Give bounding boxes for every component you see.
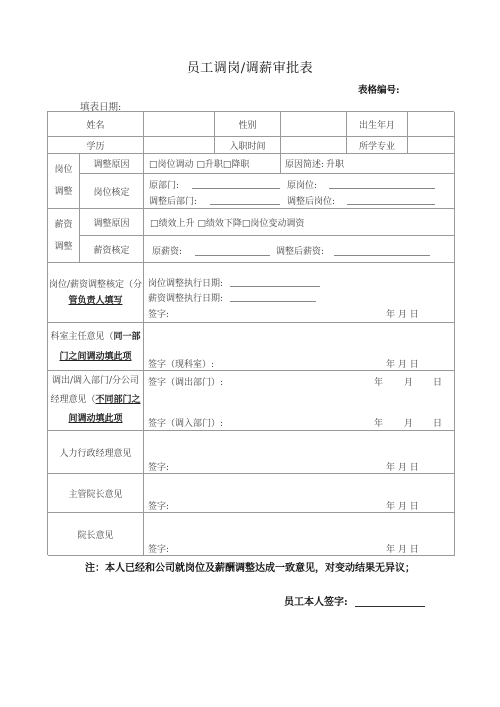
vp-label-cell: 主管院长意见 — [48, 474, 144, 513]
new-dept-label: 调整后部门: — [149, 194, 197, 207]
dept-manager-label-3: 间调动填此项 — [68, 410, 122, 429]
position-reason-desc-cell[interactable]: 原因简述: 升职 — [281, 154, 455, 174]
president-sign-label[interactable]: 签字: — [148, 542, 169, 555]
vp-cell[interactable]: 签字: 年 月 日 — [144, 474, 455, 513]
sign-out-year: 年 — [374, 375, 383, 388]
orig-dept-field[interactable] — [192, 188, 280, 189]
exec-verify-cell: 岗位调整执行日期: 薪资调整执行日期: 签字: 年 月 日 — [144, 263, 455, 323]
salary-reason-checkboxes[interactable]: □绩效上升 □绩效下降□岗位变动调资 — [150, 216, 304, 229]
birth-label-cell: 出生年月 — [347, 112, 408, 137]
reason-desc-value[interactable]: 升职 — [326, 157, 344, 170]
major-label-cell: 所学专业 — [347, 137, 408, 154]
salary-verify-cell: 原薪资: 调整后薪资: — [144, 236, 455, 263]
education-label-cell: 学历 — [48, 137, 144, 154]
sign-out-month: 月 — [404, 375, 413, 388]
hr-label: 人力行政经理意见 — [59, 446, 131, 459]
position-verify-label: 岗位核定 — [93, 185, 129, 198]
position-adjust-section-label: 岗位 调整 — [48, 154, 80, 209]
sign-in-day: 日 — [433, 416, 442, 429]
salary-verify-label: 薪资核定 — [93, 243, 129, 256]
name-label-cell: 姓名 — [48, 112, 144, 137]
hr-label-cell: 人力行政经理意见 — [48, 431, 144, 474]
position-label-2: 调整 — [54, 181, 72, 203]
salary-exec-date-label: 薪资调整执行日期: — [148, 291, 223, 304]
position-reason-label-cell: 调整原因 — [80, 154, 144, 174]
hr-cell[interactable]: 签字: 年 月 日 — [144, 431, 455, 474]
salary-label-1: 薪资 — [54, 214, 72, 236]
sign-in-year: 年 — [374, 416, 383, 429]
orig-dept-label: 原部门: — [149, 178, 179, 191]
sign-out-day: 日 — [433, 375, 442, 388]
new-dept-field[interactable] — [210, 204, 280, 205]
exec-verify-label-cell: 岗位/薪资调整核定（分 管负责人填写 — [48, 263, 144, 323]
employee-sign-label: 员工本人签字: — [284, 593, 348, 608]
position-reason-label: 调整原因 — [93, 157, 129, 170]
post-exec-date-field[interactable] — [230, 286, 320, 287]
new-post-label: 调整后岗位: — [287, 194, 335, 207]
president-label-cell: 院长意见 — [48, 513, 144, 556]
reason-desc-label: 原因简述: — [285, 157, 324, 170]
agreement-note: 注：本人已经和公司就岗位及薪酬调整达成一致意见，对变动结果无异议； — [0, 559, 500, 574]
section-head-sign-label[interactable]: 签字（现科室）: — [148, 357, 214, 370]
exec-verify-label-1: 岗位/薪资调整核定（分 — [49, 277, 142, 293]
name-label: 姓名 — [86, 118, 104, 131]
section-head-date-label: 年 月 日 — [386, 357, 419, 370]
dept-manager-label-bold: 不同部门之 — [96, 395, 141, 405]
vp-label: 主管院长意见 — [68, 487, 122, 500]
salary-reason-options[interactable]: □绩效上升 □绩效下降□岗位变动调资 — [144, 209, 455, 236]
birth-label: 出生年月 — [359, 118, 395, 131]
section-head-cell[interactable]: 签字（现科室）: 年 月 日 — [144, 323, 455, 371]
verify-sign-label[interactable]: 签字: — [148, 307, 169, 320]
gender-field[interactable] — [281, 112, 347, 137]
president-cell[interactable]: 签字: 年 月 日 — [144, 513, 455, 556]
major-label: 所学专业 — [359, 139, 395, 152]
education-label: 学历 — [86, 139, 104, 152]
salary-adjust-section-label: 薪资 调整 — [48, 209, 80, 263]
hire-date-label-cell: 入职时间 — [215, 137, 281, 154]
hire-date-label: 入职时间 — [229, 139, 265, 152]
dept-manager-label-1: 调出/调入部门/分公司 — [52, 372, 139, 391]
new-salary-label: 调整后薪资: — [276, 244, 324, 257]
gender-label-cell: 性别 — [215, 112, 281, 137]
verify-date-label: 年 月 日 — [386, 307, 419, 320]
position-reason-checkboxes[interactable]: □岗位调动 □升职□降职 — [149, 157, 249, 170]
president-label: 院长意见 — [77, 528, 113, 541]
form-number-label: 表格编号: — [358, 82, 400, 96]
education-field[interactable] — [144, 137, 215, 154]
vp-sign-label[interactable]: 签字: — [148, 499, 169, 512]
orig-post-label: 原岗位: — [287, 178, 317, 191]
position-verify-cell: 原部门: 原岗位: 调整后部门: 调整后岗位: — [144, 174, 455, 209]
sign-in-month: 月 — [404, 416, 413, 429]
hr-date-label: 年 月 日 — [386, 460, 419, 473]
vp-date-label: 年 月 日 — [386, 499, 419, 512]
dept-manager-cell[interactable]: 签字（调出部门）: 年 月 日 签字（调入部门）: 年 月 日 — [144, 371, 455, 431]
salary-reason-label: 调整原因 — [93, 216, 129, 229]
orig-post-field[interactable] — [329, 188, 435, 189]
employee-sign-field[interactable] — [355, 606, 425, 607]
orig-salary-label: 原薪资: — [152, 244, 182, 257]
post-exec-date-label: 岗位调整执行日期: — [148, 276, 223, 289]
gender-label: 性别 — [238, 118, 256, 131]
dept-manager-label-2: 经理意见（ — [50, 395, 95, 405]
orig-salary-field[interactable] — [195, 255, 270, 256]
position-reason-options[interactable]: □岗位调动 □升职□降职 — [144, 154, 281, 174]
approval-form-table: 姓名 性别 出生年月 学历 入职时间 所学专业 岗位 调整 调整原因 □岗位调动… — [47, 111, 454, 555]
salary-label-2: 调整 — [54, 236, 72, 258]
salary-reason-label-cell: 调整原因 — [80, 209, 144, 236]
sign-in-dept-label[interactable]: 签字（调入部门）: — [148, 416, 223, 429]
exec-verify-label-2: 管负责人填写 — [68, 293, 122, 309]
page-title: 员工调岗/调薪审批表 — [0, 57, 500, 76]
section-head-label-2: 门之间调动填此项 — [59, 347, 131, 367]
dept-manager-label-cell: 调出/调入部门/分公司 经理意见（不同部门之 间调动填此项 — [48, 371, 144, 431]
new-salary-field[interactable] — [334, 255, 430, 256]
section-head-label-1: 科室主任意见（ — [50, 332, 113, 342]
birth-field[interactable] — [408, 112, 455, 137]
name-field[interactable] — [144, 112, 215, 137]
salary-verify-label-cell: 薪资核定 — [80, 236, 144, 263]
position-label-1: 岗位 — [54, 159, 72, 181]
new-post-field[interactable] — [347, 204, 435, 205]
sign-out-dept-label[interactable]: 签字（调出部门）: — [148, 375, 223, 388]
major-field[interactable] — [408, 137, 455, 154]
section-head-label-bold: 同一部 — [114, 332, 141, 342]
salary-exec-date-field[interactable] — [230, 301, 316, 302]
president-date-label: 年 月 日 — [386, 542, 419, 555]
hire-date-field[interactable] — [281, 137, 347, 154]
position-verify-label-cell: 岗位核定 — [80, 174, 144, 209]
section-head-label-cell: 科室主任意见（同一部 门之间调动填此项 — [48, 323, 144, 371]
hr-sign-label[interactable]: 签字: — [148, 460, 169, 473]
